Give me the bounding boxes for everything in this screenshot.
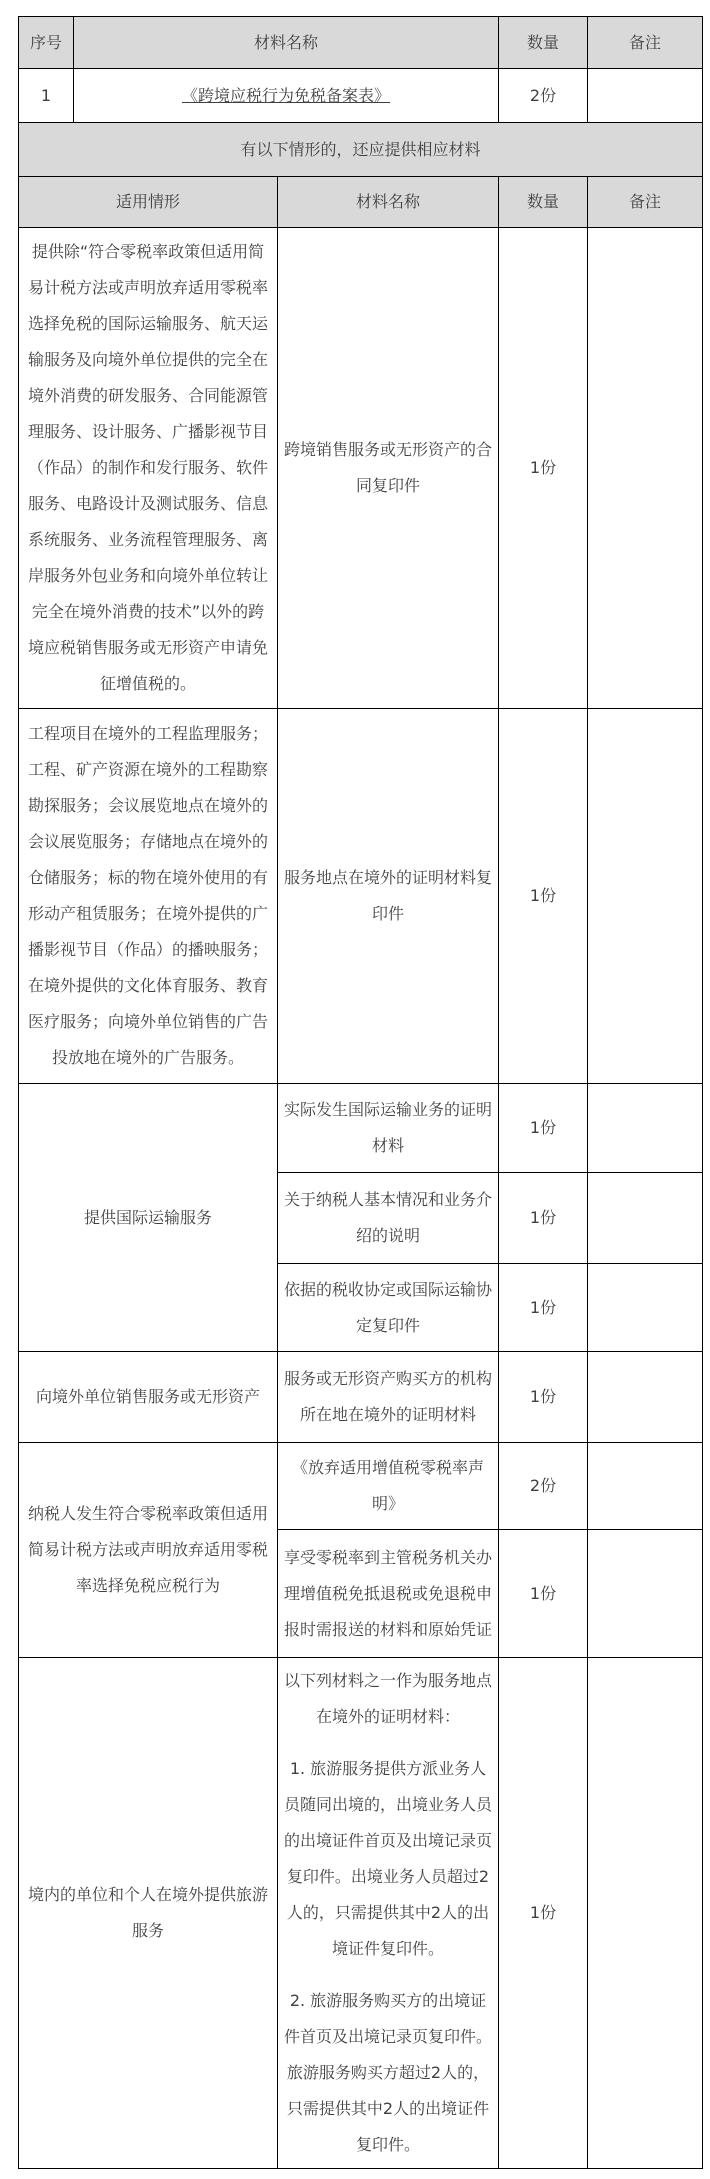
material-cell: 关于纳税人基本情况和业务介绍的说明 (278, 1173, 499, 1264)
remarks-cell (588, 1352, 703, 1443)
remarks-cell (588, 1530, 703, 1658)
header-material-1: 材料名称 (74, 17, 499, 69)
table-header-row-1: 序号 材料名称 数量 备注 (19, 17, 703, 69)
materials-table: 序号 材料名称 数量 备注 1 《跨境应税行为免税备案表》 2份 有以下情形的，… (18, 16, 703, 2169)
table-header-row-2: 适用情形 材料名称 数量 备注 (19, 177, 703, 228)
header-remarks-2: 备注 (588, 177, 703, 228)
quantity-cell: 1份 (499, 1530, 588, 1658)
remarks-cell (588, 228, 703, 709)
material-cell: 实际发生国际运输业务的证明材料 (278, 1084, 499, 1173)
section-note: 有以下情形的，还应提供相应材料 (19, 123, 703, 177)
situation-text: 境内的单位和个人在境外提供旅游服务 (19, 1658, 278, 2169)
header-situation: 适用情形 (19, 177, 278, 228)
material-paragraph: 1. 旅游服务提供方派业务人员随同出境的，出境业务人员的出境证件首页及出境记录页… (283, 1751, 493, 1967)
material-row-main: 1 《跨境应税行为免税备案表》 2份 (19, 69, 703, 123)
section-note-row: 有以下情形的，还应提供相应材料 (19, 123, 703, 177)
quantity-cell: 1份 (499, 709, 588, 1084)
situation-row-3-sub-1: 提供国际运输服务 实际发生国际运输业务的证明材料 1份 (19, 1084, 703, 1173)
situation-text: 工程项目在境外的工程监理服务；工程、矿产资源在境外的工程勘察勘探服务；会议展览地… (19, 709, 278, 1084)
row-number: 1 (19, 69, 74, 123)
material-cell: 依据的税收协定或国际运输协定复印件 (278, 1264, 499, 1352)
header-col-no: 序号 (19, 17, 74, 69)
situation-row-2: 工程项目在境外的工程监理服务；工程、矿产资源在境外的工程勘察勘探服务；会议展览地… (19, 709, 703, 1084)
quantity-cell: 1份 (499, 1084, 588, 1173)
page: 序号 材料名称 数量 备注 1 《跨境应税行为免税备案表》 2份 有以下情形的，… (0, 0, 710, 2179)
material-cell: 跨境销售服务或无形资产的合同复印件 (278, 228, 499, 709)
material-cell: 《跨境应税行为免税备案表》 (74, 69, 499, 123)
header-quantity-1: 数量 (499, 17, 588, 69)
quantity-cell: 2份 (499, 1443, 588, 1530)
header-remarks-1: 备注 (588, 17, 703, 69)
situation-row-4: 向境外单位销售服务或无形资产 服务或无形资产购买方的机构所在地在境外的证明材料 … (19, 1352, 703, 1443)
remarks-cell (588, 1084, 703, 1173)
quantity-cell: 1份 (499, 1352, 588, 1443)
material-cell: 服务地点在境外的证明材料复印件 (278, 709, 499, 1084)
quantity-cell: 1份 (499, 1658, 588, 2169)
situation-text: 提供国际运输服务 (19, 1084, 278, 1352)
header-quantity-2: 数量 (499, 177, 588, 228)
remarks-cell (588, 1264, 703, 1352)
material-cell: 服务或无形资产购买方的机构所在地在境外的证明材料 (278, 1352, 499, 1443)
material-paragraph: 以下列材料之一作为服务地点在境外的证明材料： (283, 1663, 493, 1735)
situation-row-6: 境内的单位和个人在境外提供旅游服务 以下列材料之一作为服务地点在境外的证明材料：… (19, 1658, 703, 2169)
remarks-cell (588, 1443, 703, 1530)
situation-text: 纳税人发生符合零税率政策但适用简易计税方法或声明放弃适用零税率选择免税应税行为 (19, 1443, 278, 1658)
material-paragraph: 2. 旅游服务购买方的出境证件首页及出境记录页复印件。旅游服务购买方超过2人的，… (283, 1983, 493, 2163)
form-document-link[interactable]: 《跨境应税行为免税备案表》 (182, 86, 390, 105)
material-cell: 享受零税率到主管税务机关办理增值税免抵退税或免退税申报时需报送的材料和原始凭证 (278, 1530, 499, 1658)
situation-row-5-sub-1: 纳税人发生符合零税率政策但适用简易计税方法或声明放弃适用零税率选择免税应税行为 … (19, 1443, 703, 1530)
material-cell: 以下列材料之一作为服务地点在境外的证明材料： 1. 旅游服务提供方派业务人员随同… (278, 1658, 499, 2169)
remarks-cell (588, 1173, 703, 1264)
material-cell: 《放弃适用增值税零税率声明》 (278, 1443, 499, 1530)
header-material-2: 材料名称 (278, 177, 499, 228)
quantity-cell: 1份 (499, 228, 588, 709)
quantity-cell: 2份 (499, 69, 588, 123)
remarks-cell (588, 69, 703, 123)
situation-text: 向境外单位销售服务或无形资产 (19, 1352, 278, 1443)
remarks-cell (588, 1658, 703, 2169)
situation-text: 提供除“符合零税率政策但适用简易计税方法或声明放弃适用零税率选择免税的国际运输服… (19, 228, 278, 709)
quantity-cell: 1份 (499, 1264, 588, 1352)
situation-row-1: 提供除“符合零税率政策但适用简易计税方法或声明放弃适用零税率选择免税的国际运输服… (19, 228, 703, 709)
quantity-cell: 1份 (499, 1173, 588, 1264)
remarks-cell (588, 709, 703, 1084)
